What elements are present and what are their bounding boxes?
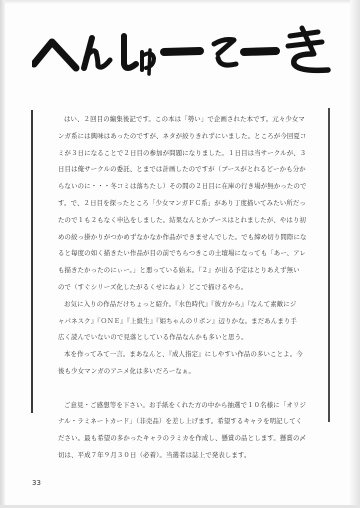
text-line: ャパネスク』『ＯＮＥ』『上級生』『姫ちゃんのリボン』辺りかな。まだあんまり手 [58, 313, 326, 330]
afterword-body: はい、２回目の編集後記です。この本は「勢い」で企画された本です。元々少女マ ンガ… [58, 111, 326, 464]
document-page: へんしゅーこーき [0, 0, 360, 508]
text-line: す。で、２日目を探ったところ「少女マンガＦＣ系」があり丁度描いてみたい所だっ [58, 195, 326, 212]
text-line: 日目は俺サークルの委託、とまでは計画したのですが（ブースがとれるどーかも分か [58, 161, 326, 178]
frame-line-right [328, 108, 330, 422]
text-line: らないのに・・・冬コミは落ちたし）その間の２日目に在庫の行き場が無かったので [58, 178, 326, 195]
text-line: も描きたかったのにぃー。」と悪っている始末。『２』が出る予定はとりあえず無い [58, 262, 326, 279]
page-title: へんしゅーこーき [32, 24, 342, 84]
text-line: 後も少女マンガのアニメ化は多いだろーなぁ。 [58, 363, 326, 380]
text-line: ると毎度の如く描きたい作品が目の前でちらつきこの土壇場になっても「あー、アレ [58, 245, 326, 262]
text-line: ので（すぐシリーズ化したがるくせにねぇ）どこで描けるやら。 [58, 279, 326, 296]
text-line: 広く読んでいないので見落としている作品なんかも多いと思う。 [58, 329, 326, 346]
page-number: 33 [32, 479, 41, 487]
scan-edge-right [350, 0, 360, 508]
text-line: 本を作ってみて一言。まあなんと、『成人指定』にしやすい作品の多いことよ。今 [58, 346, 326, 363]
text-line: ご意見・ご感想等を下さい。お手紙をくれた方の中から抽選で１０名様に「オリジ [58, 397, 326, 414]
text-line: はい、２回目の編集後記です。この本は「勢い」で企画された本です。元々少女マ [58, 111, 326, 128]
text-line: ミが３日になることで２日目の参加が問題になりました。１日目は当サークルが、３ [58, 145, 326, 162]
text-line: めの絞っ掛かりがつかめずなかなか作品ができませんでした。でも締め切り間際にな [58, 229, 326, 246]
text-line: ンガ系には興味はあったのですが、ネタが絞りきれずにいました。ところが今回夏コ [58, 128, 326, 145]
frame-line-left [31, 110, 33, 413]
scan-edge-left [0, 0, 5, 508]
text-line: 切は、平成７年９月３０日（必着）。当選者は誌上で発表します。 [58, 447, 326, 464]
brush-title-lettering [32, 24, 342, 84]
scan-edge-top [0, 0, 360, 4]
text-line: たので１も２もなく申込をしました。結果なんとかブースはとれましたが、やはり初 [58, 212, 326, 229]
text-line: お気に入りの作品だけちょっと紹介。『水色時代』『彼方から』『なんて素敵にジ [58, 296, 326, 313]
blank-line [58, 380, 326, 397]
text-line: ださい。最も希望の多かったキャラのラミカを作成し、懸賞の品とします。懸賞の〆 [58, 430, 326, 447]
text-line: ナル・ラミネートカード」（非売品）を差し上げます。希望するキャラを明記してく [58, 413, 326, 430]
